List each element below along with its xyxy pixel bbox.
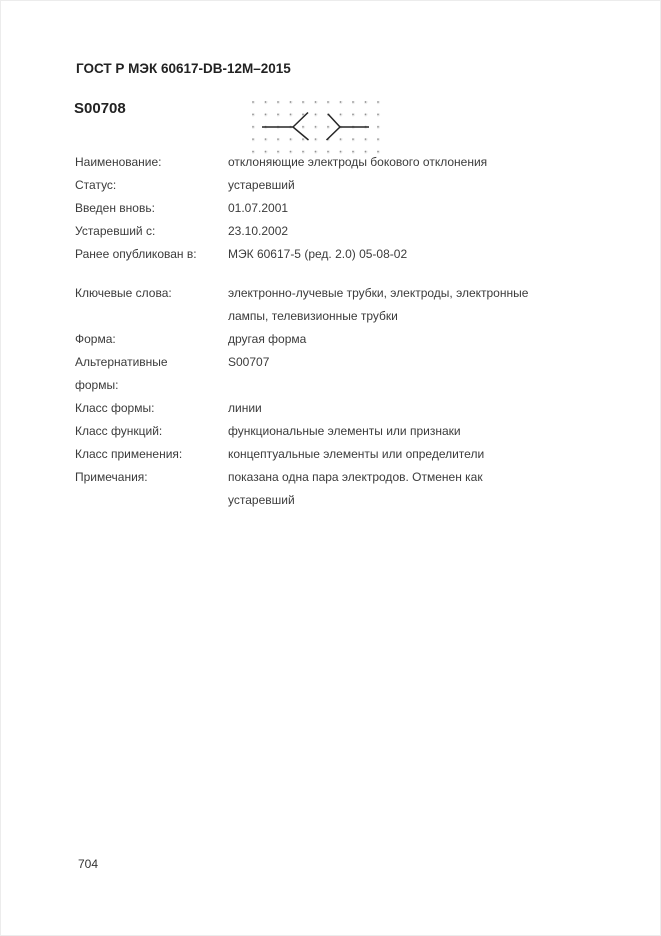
field-value: отклоняющие электроды бокового отклонени…	[228, 151, 550, 174]
field-label: Введен вновь:	[75, 197, 211, 220]
field-row: Примечания: показана одна пара электродо…	[75, 466, 555, 512]
field-label: Класс формы:	[75, 397, 211, 420]
page-number: 704	[78, 857, 98, 871]
field-label: Класс функций:	[75, 420, 211, 443]
field-label: Наименование:	[75, 151, 211, 174]
field-label: Ранее опубликован в:	[75, 243, 211, 266]
field-row: Устаревший с: 23.10.2002	[75, 220, 555, 243]
document-page: ГОСТ Р МЭК 60617-DB-12M–2015 S00708 Наим…	[0, 0, 661, 936]
field-value: МЭК 60617-5 (ред. 2.0) 05-08-02	[228, 243, 550, 266]
field-value: функциональные элементы или признаки	[228, 420, 550, 443]
field-row: Ключевые слова: электронно-лучевые трубк…	[75, 282, 555, 328]
field-row: Наименование: отклоняющие электроды боко…	[75, 151, 555, 174]
field-row: Класс применения: концептуальные элемент…	[75, 443, 555, 466]
field-label: Форма:	[75, 328, 211, 351]
field-value: электронно-лучевые трубки, электроды, эл…	[228, 282, 550, 328]
field-label: Ключевые слова:	[75, 282, 211, 305]
field-value: показана одна пара электродов. Отменен к…	[228, 466, 550, 512]
symbol-graphic	[251, 98, 387, 155]
field-value: S00707	[228, 351, 550, 374]
field-value: другая форма	[228, 328, 550, 351]
document-header: ГОСТ Р МЭК 60617-DB-12M–2015	[76, 62, 291, 76]
field-row: Ранее опубликован в: МЭК 60617-5 (ред. 2…	[75, 243, 555, 266]
field-value: концептуальные элементы или определители	[228, 443, 550, 466]
field-value: линии	[228, 397, 550, 420]
field-value: 23.10.2002	[228, 220, 550, 243]
field-value: устаревший	[228, 174, 550, 197]
field-row: Класс формы: линии	[75, 397, 555, 420]
field-row: Альтернативные формы: S00707	[75, 351, 555, 397]
field-table: Наименование: отклоняющие электроды боко…	[75, 151, 555, 512]
field-label: Примечания:	[75, 466, 211, 489]
field-label: Класс применения:	[75, 443, 211, 466]
field-value: 01.07.2001	[228, 197, 550, 220]
deflection-electrodes-symbol	[251, 98, 387, 155]
symbol-id-title: S00708	[74, 101, 126, 116]
field-label: Альтернативные формы:	[75, 351, 211, 397]
field-row: Введен вновь: 01.07.2001	[75, 197, 555, 220]
field-row: Форма: другая форма	[75, 328, 555, 351]
field-row: Статус: устаревший	[75, 174, 555, 197]
field-row: Класс функций: функциональные элементы и…	[75, 420, 555, 443]
field-label: Статус:	[75, 174, 211, 197]
field-label: Устаревший с:	[75, 220, 211, 243]
